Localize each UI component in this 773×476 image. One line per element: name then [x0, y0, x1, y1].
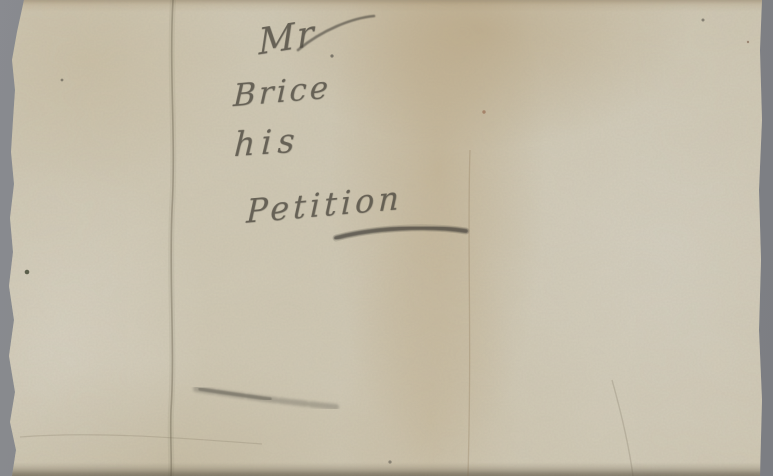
- ink-speck: [330, 54, 333, 57]
- document-scan: Mr Brice his Petition: [0, 0, 773, 476]
- ink-speck: [702, 19, 705, 22]
- foxing-dot: [482, 110, 485, 113]
- ink-speck: [25, 270, 30, 275]
- paper-grain: [0, 0, 773, 476]
- foxing-dot: [747, 41, 749, 43]
- ink-speck: [61, 79, 64, 82]
- ink-speck: [388, 460, 391, 463]
- paper-texture-overlay: [0, 0, 773, 476]
- paper-sheet: Mr Brice his Petition: [0, 0, 773, 476]
- handwriting-line-his: his: [233, 121, 302, 165]
